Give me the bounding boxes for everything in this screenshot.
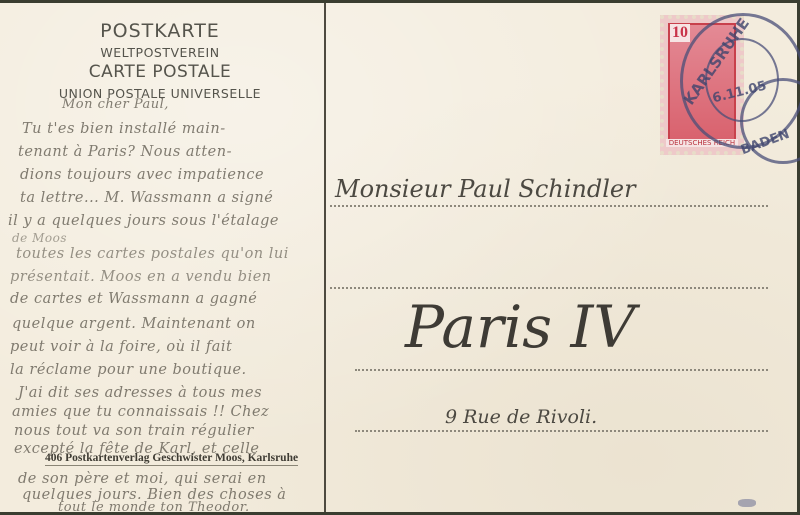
message-line: de son père et moi, qui serai en [18, 471, 267, 487]
message-line: la réclame pour une boutique. [10, 362, 247, 378]
address-line-1 [330, 205, 768, 207]
center-divider [324, 3, 326, 512]
message-line: présentait. Moos en a vendu bien [10, 269, 272, 285]
address-street: 9 Rue de Rivoli. [445, 406, 597, 428]
postcard-title-fr: CARTE POSTALE [0, 62, 325, 82]
address-recipient: Monsieur Paul Schindler [335, 175, 636, 203]
message-line: J'ai dit ses adresses à tous mes [18, 385, 262, 401]
message-line: nous tout va son train régulier [14, 423, 254, 439]
message-line: tenant à Paris? Nous atten- [18, 144, 232, 160]
message-salutation: Mon cher Paul, [62, 97, 169, 112]
address-city: Paris IV [405, 293, 635, 361]
message-line: toutes les cartes postales qu'on lui [16, 246, 289, 262]
ink-smudge [738, 499, 756, 507]
message-line: peut voir à la foire, où il fait [10, 339, 232, 355]
message-line: ta lettre... M. Wassmann a signé [20, 190, 273, 206]
message-line: dions toujours avec impatience [20, 167, 264, 183]
address-line-2 [330, 287, 768, 289]
message-line: de Moos [12, 231, 67, 245]
postcard-title: POSTKARTE [0, 20, 325, 42]
address-line-3 [355, 369, 768, 371]
postcard: POSTKARTE WELTPOSTVEREIN CARTE POSTALE U… [0, 3, 797, 512]
stamp-value: 10 [670, 24, 690, 42]
message-line: il y a quelques jours sous l'étalage [8, 213, 279, 229]
message-line: Tu t'es bien installé main- [22, 121, 226, 137]
message-line: quelque argent. Maintenant on [12, 316, 256, 332]
address-line-4 [355, 430, 768, 432]
message-line: amies que tu connaissais !! Chez [12, 404, 269, 420]
publisher-imprint: 406 Postkartenverlag Geschwister Moos, K… [45, 452, 298, 466]
message-line: tout le monde ton Theodor. [58, 500, 250, 515]
postcard-subtitle-de: WELTPOSTVEREIN [0, 45, 325, 60]
message-line: de cartes et Wassmann a gagné [10, 291, 257, 307]
